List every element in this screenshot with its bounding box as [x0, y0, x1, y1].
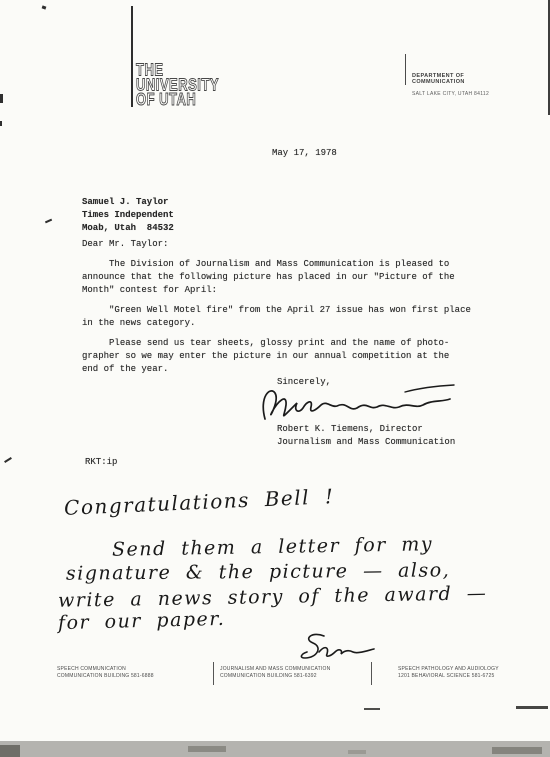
letterhead-city-address: SALT LAKE CITY, UTAH 84112	[412, 91, 489, 97]
stray-pen-mark-margin	[4, 457, 12, 463]
recipient-address-block: Samuel J. Taylor Times Independent Moab,…	[82, 196, 174, 235]
footer-divider-2	[371, 662, 372, 685]
body-paragraph-1: The Division of Journalism and Mass Comm…	[82, 258, 492, 297]
handwritten-note-line-4: write a news story of the award —	[58, 582, 488, 611]
scan-smudge-3	[492, 747, 542, 754]
letterhead-vertical-rule	[131, 6, 133, 107]
scan-smudge-1	[0, 745, 20, 757]
handwritten-note-line-5: for our paper.	[58, 608, 226, 634]
scan-right-edge-line	[548, 0, 550, 115]
scan-left-edge-mark-2	[0, 121, 2, 126]
footer-journalism-mass-communication: JOURNALISM AND MASS COMMUNICATION COMMUN…	[220, 666, 330, 679]
signer-title: Journalism and Mass Communication	[277, 436, 455, 449]
handwritten-note-line-2: Send them a letter for my	[112, 533, 433, 561]
university-of-utah-logo: THE UNIVERSITY OF UTAH	[136, 62, 219, 107]
body-paragraph-2: "Green Well Motel fire" from the April 2…	[82, 304, 492, 330]
letter-date: May 17, 1978	[272, 147, 337, 160]
sam-handwritten-signature	[292, 629, 377, 665]
scan-bottom-band	[0, 741, 550, 757]
letterhead-department-name: DEPARTMENT OF COMMUNICATION	[412, 73, 465, 85]
scan-smudge-2	[188, 746, 226, 752]
letterhead-tick-mark	[405, 54, 406, 85]
scan-speck-top	[42, 5, 47, 9]
stray-pen-mark-moab	[45, 219, 52, 223]
salutation: Dear Mr. Taylor:	[82, 238, 168, 251]
footer-divider-1	[213, 662, 214, 685]
footer-speech-communication: SPEECH COMMUNICATION COMMUNICATION BUILD…	[57, 666, 154, 679]
scanned-letter-page: THE UNIVERSITY OF UTAH DEPARTMENT OF COM…	[0, 0, 550, 757]
scan-dash-mark-1	[364, 708, 380, 710]
tiemens-handwritten-signature	[256, 381, 460, 427]
scan-smudge-4	[348, 750, 366, 754]
scan-left-edge-mark-1	[0, 94, 3, 103]
footer-speech-pathology-audiology: SPEECH PATHOLOGY AND AUDIOLOGY 1201 BEHA…	[398, 666, 499, 679]
signer-name: Robert K. Tiemens, Director	[277, 423, 423, 436]
reference-initials: RKT:ip	[85, 456, 117, 469]
body-paragraph-3: Please send us tear sheets, glossy print…	[82, 337, 492, 376]
handwritten-note-line-3: signature & the picture — also,	[66, 559, 450, 584]
scan-dash-mark-2	[516, 706, 548, 709]
handwritten-note-line-1: Congratulations Bell !	[64, 484, 335, 520]
